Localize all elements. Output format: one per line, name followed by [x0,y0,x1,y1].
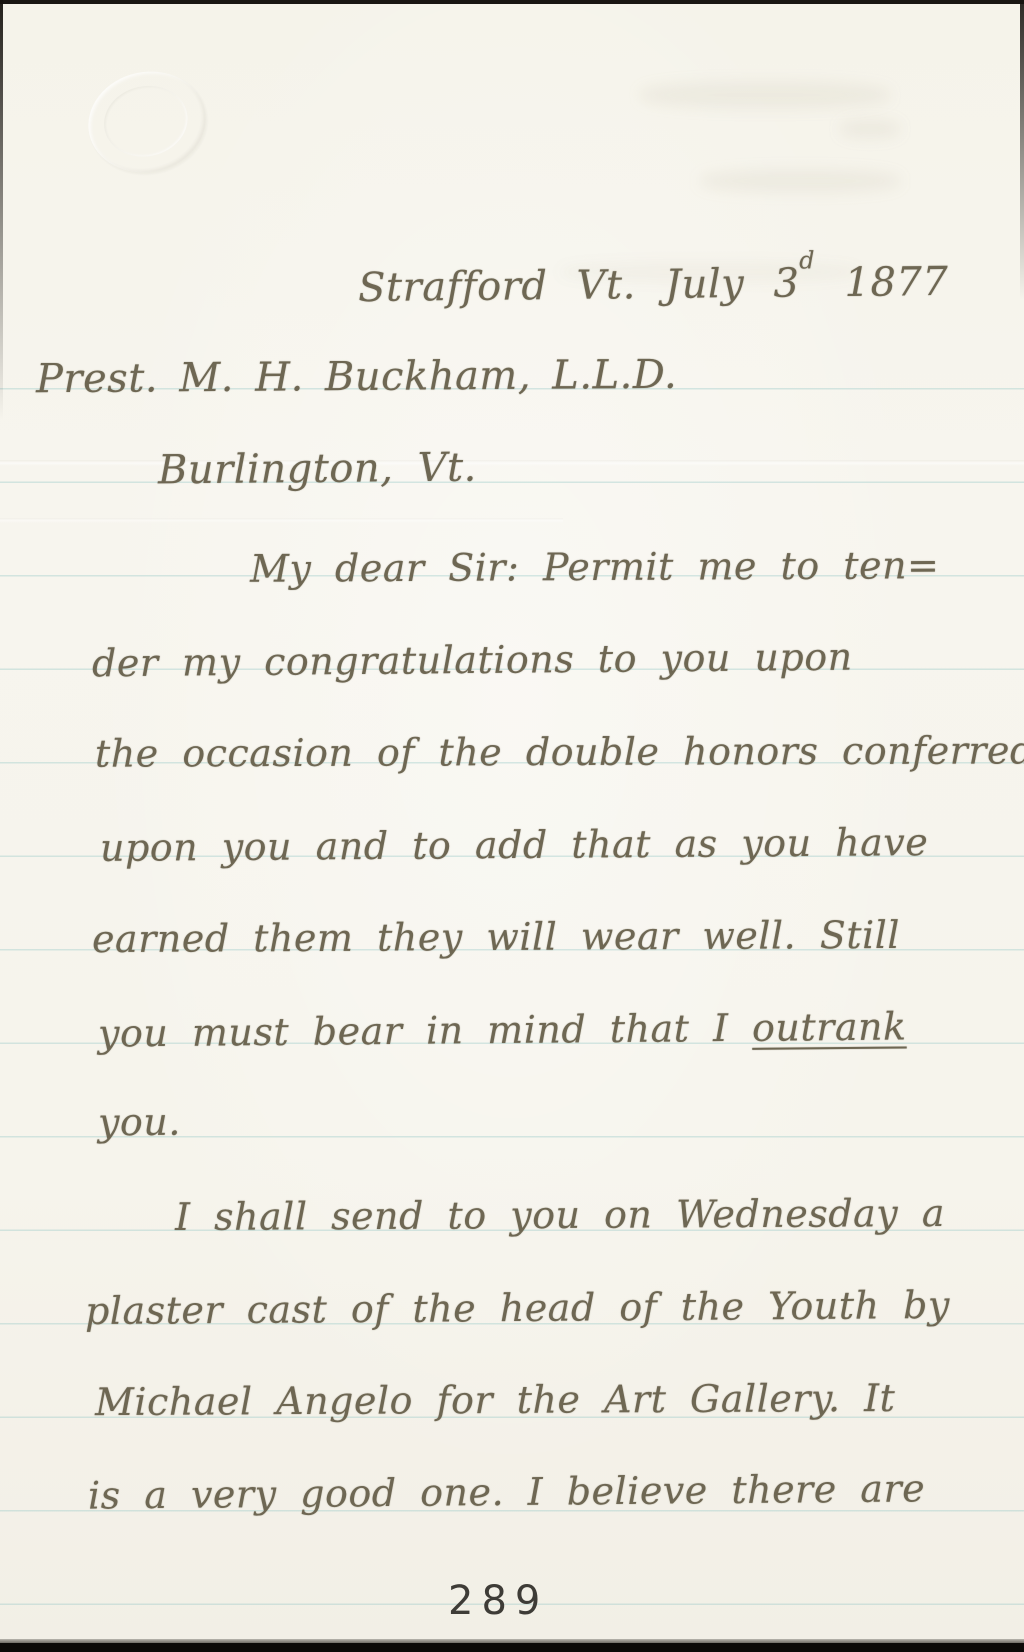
page-number: 289 [448,1578,548,1624]
scan-edge-top [0,0,1024,4]
body-line: is a very good one. I believe there are [88,1466,925,1517]
ruled-lines [0,296,1024,1626]
scan-edge-left [0,0,3,420]
ink-bleedthrough [640,82,890,108]
body-line: My dear Sir: Permit me to ten= [250,543,940,591]
recipient-city: Burlington, Vt. [158,445,477,494]
scan-edge-bottom [0,1643,1024,1652]
dateline-place-date: Strafford Vt. July 3 [358,260,800,311]
dateline: Strafford Vt. July 3d 1877 [358,245,949,311]
body-line-text: you must bear in mind that I [98,1006,752,1056]
letter-scan: Strafford Vt. July 3d 1877 Prest. M. H. … [0,0,1024,1652]
underlined-word: outrank [752,1004,907,1049]
dateline-year: 1877 [815,259,948,306]
body-line: earned them they will wear well. Still [92,913,900,961]
ink-bleedthrough [840,120,900,138]
body-line: upon you and to add that as you have [100,820,929,870]
body-line: you must bear in mind that I outrank [98,1004,907,1055]
dateline-ordinal: d [799,246,815,274]
ink-bleedthrough [700,170,900,192]
recipient-name: Prest. M. H. Buckham, L.L.D. [36,352,677,402]
scan-edge-right [1020,0,1024,300]
embossed-seal-inner [97,78,194,164]
body-line: I shall send to you on Wednesday a [175,1191,945,1239]
body-line: the occasion of the double honors confer… [95,728,1024,775]
body-line: plaster cast of the head of the Youth by [85,1283,950,1333]
paper-crease [0,518,563,523]
body-line: der my congratulations to you upon [92,635,853,686]
paper-crease [0,460,1024,466]
body-line: you. [98,1100,181,1145]
body-line: Michael Angelo for the Art Gallery. It [95,1376,896,1424]
embossed-seal [79,61,215,183]
